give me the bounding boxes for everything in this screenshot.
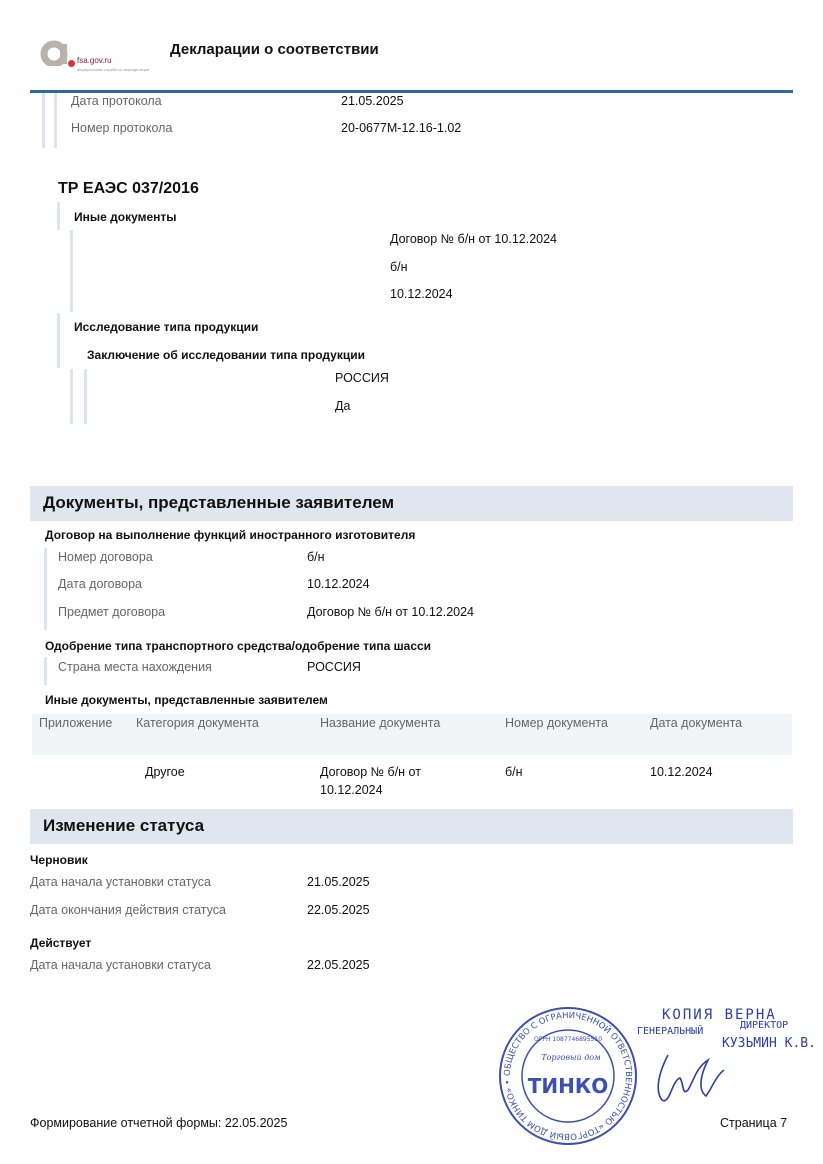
contract-number-label: Номер договора bbox=[58, 550, 153, 564]
protocol-number-value: 20-0677М-12.16-1.02 bbox=[341, 121, 461, 135]
company-stamp-icon: ОБЩЕСТВО С ОГРАНИЧЕННОЙ ОТВЕТСТВЕННОСТЬЮ… bbox=[497, 1005, 639, 1147]
indent-bar bbox=[57, 202, 60, 230]
indent-bar bbox=[44, 548, 47, 630]
status-start-label: Дата начала установки статуса bbox=[30, 875, 211, 889]
other-docs-value: 10.12.2024 bbox=[390, 287, 453, 301]
indent-bar bbox=[84, 369, 87, 424]
contract-date-value: 10.12.2024 bbox=[307, 577, 370, 591]
type-study-subheading: Заключение об исследовании типа продукци… bbox=[87, 348, 365, 362]
other-docs-value: б/н bbox=[390, 260, 408, 274]
svg-text:ТИНКО: ТИНКО bbox=[528, 1074, 608, 1098]
signature-icon bbox=[650, 1050, 730, 1110]
cell-name: Договор № б/н от 10.12.2024 bbox=[320, 763, 450, 799]
column-header-number: Номер документа bbox=[505, 716, 608, 730]
other-docs-value: Договор № б/н от 10.12.2024 bbox=[390, 232, 557, 246]
contract-date-label: Дата договора bbox=[58, 577, 142, 591]
other-applicant-docs-heading: Иные документы, представленные заявителе… bbox=[45, 693, 328, 707]
status-end-value: 22.05.2025 bbox=[307, 903, 370, 917]
applicant-docs-title: Документы, представленные заявителем bbox=[43, 493, 394, 513]
indent-bar bbox=[44, 657, 47, 685]
protocol-date-label: Дата протокола bbox=[71, 94, 162, 108]
contract-subject-label: Предмет договора bbox=[58, 605, 165, 619]
contract-heading: Договор на выполнение функций иностранно… bbox=[45, 528, 415, 542]
status-group-active: Действует bbox=[30, 936, 91, 950]
logo-site: fsa.gov.ru bbox=[77, 56, 112, 65]
protocol-date-value: 21.05.2025 bbox=[341, 94, 404, 108]
type-study-value: Да bbox=[335, 399, 350, 413]
column-header-category: Категория документа bbox=[136, 716, 259, 730]
indent-bar bbox=[54, 93, 57, 148]
logo-a-icon bbox=[40, 38, 68, 66]
type-study-heading: Исследование типа продукции bbox=[74, 320, 258, 334]
column-header-name: Название документа bbox=[320, 716, 440, 730]
contract-number-value: б/н bbox=[307, 550, 325, 564]
director-text: ДИРЕКТОР bbox=[740, 1020, 788, 1031]
status-change-title: Изменение статуса bbox=[43, 816, 204, 836]
location-country-value: РОССИЯ bbox=[307, 660, 361, 674]
header-divider bbox=[30, 90, 793, 93]
location-country-label: Страна места нахождения bbox=[58, 660, 212, 674]
svg-text:ОГРН 1087746895510: ОГРН 1087746895510 bbox=[534, 1036, 602, 1043]
logo-dot-icon bbox=[68, 60, 75, 67]
cell-category: Другое bbox=[145, 763, 185, 781]
tr-title: ТР ЕАЭС 037/2016 bbox=[58, 180, 199, 198]
svg-text:Торговый дом: Торговый дом bbox=[541, 1053, 601, 1062]
status-end-label: Дата окончания действия статуса bbox=[30, 903, 226, 917]
logo-subtitle: федеральная служба по аккредитации bbox=[77, 67, 149, 72]
indent-bar bbox=[57, 313, 60, 368]
report-generated-date: Формирование отчетной формы: 22.05.2025 bbox=[30, 1116, 287, 1130]
protocol-number-label: Номер протокола bbox=[71, 121, 172, 135]
type-study-value: РОССИЯ bbox=[335, 371, 389, 385]
cell-date: 10.12.2024 bbox=[650, 763, 713, 781]
status-start-value: 22.05.2025 bbox=[307, 958, 370, 972]
contract-subject-value: Договор № б/н от 10.12.2024 bbox=[307, 605, 474, 619]
status-start-value: 21.05.2025 bbox=[307, 875, 370, 889]
director-name: КУЗЬМИН К.В. bbox=[722, 1036, 816, 1051]
column-header-date: Дата документа bbox=[650, 716, 742, 730]
document-title: Декларации о соответствии bbox=[170, 41, 379, 58]
applicant-docs-band: Документы, представленные заявителем bbox=[30, 486, 793, 521]
status-group-draft: Черновик bbox=[30, 853, 88, 867]
indent-bar bbox=[70, 230, 73, 312]
status-start-label: Дата начала установки статуса bbox=[30, 958, 211, 972]
other-docs-heading: Иные документы bbox=[74, 210, 177, 224]
column-header-attachment: Приложение bbox=[39, 716, 112, 730]
approval-heading: Одобрение типа транспортного средства/од… bbox=[45, 639, 431, 653]
cell-number: б/н bbox=[505, 763, 523, 781]
general-text: ГЕНЕРАЛЬНЫЙ bbox=[637, 1026, 703, 1037]
indent-bar bbox=[42, 93, 45, 148]
indent-bar bbox=[70, 369, 73, 424]
status-change-band: Изменение статуса bbox=[30, 809, 793, 844]
page-number: Страница 7 bbox=[720, 1116, 787, 1130]
